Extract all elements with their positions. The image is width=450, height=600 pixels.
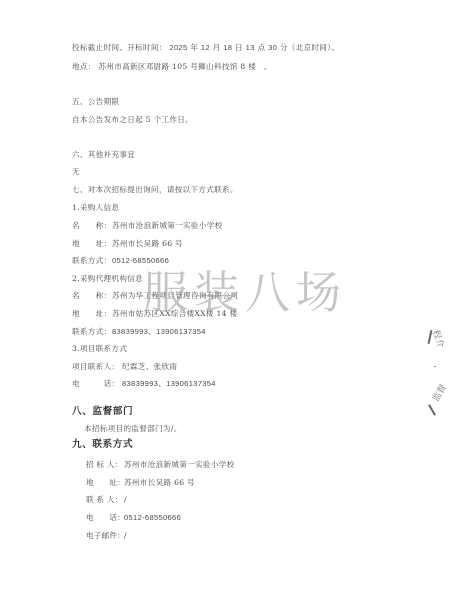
official-stamp-fragment: 程介 监督 — [428, 328, 446, 420]
bid-location-label: 地点： — [72, 62, 96, 71]
stamp-dot — [434, 366, 436, 367]
section5-title: 五、公告期限 — [72, 97, 119, 107]
purchaser-heading: 1.采购人信息 — [72, 203, 119, 213]
year-unit: 年 — [190, 43, 198, 52]
section9-phone-label: 电 话： — [86, 513, 124, 523]
purchaser-name-label: 名 称： — [72, 221, 112, 231]
bid-deadline-year: 2025 — [169, 43, 187, 52]
section9-contact-label: 联 系 人： — [86, 495, 124, 505]
project-phone-label: 电 话： — [72, 379, 122, 389]
section9-contact-value: / — [124, 495, 127, 504]
section9-phone-value: 0512-68550666 — [124, 513, 181, 522]
stamp-arc-top — [428, 330, 433, 344]
stamp-text-bottom: 监督 — [429, 381, 449, 403]
section6-body: 无 — [72, 167, 80, 177]
agency-heading: 2.采购代理机构信息 — [72, 274, 143, 284]
project-contact-person-value: 纪霖芝、张欣雨 — [122, 362, 177, 371]
agency-address-row: 地 址：苏州市姑苏区XX综合楼XX楼 14 楼 — [72, 309, 237, 319]
section9-email-value: / — [124, 531, 127, 540]
stamp-text-top: 程介 — [430, 328, 448, 349]
month-unit: 月 — [213, 43, 221, 52]
purchaser-name-row: 名 称：苏州市沧浪新城第一实验小学校 — [72, 221, 223, 231]
section8-body: 本招标项目的监督部门为/。 — [84, 424, 182, 434]
section9-email-label: 电子邮件： — [86, 531, 124, 541]
agency-name-value: 苏州为华工程项目管理咨询有限公司 — [112, 291, 238, 300]
minute-unit: 分（北京时间）。 — [280, 43, 339, 52]
purchaser-name-value: 苏州市沧浪新城第一实验小学校 — [112, 221, 223, 230]
section9-email-row: 电子邮件：/ — [86, 531, 127, 541]
bid-deadline-line: 投标截止时间、开标时间： 2025 年 12 月 18 日 13 点 30 分（… — [72, 43, 339, 53]
bid-deadline-month: 12 — [201, 43, 210, 52]
agency-name-row: 名 称：苏州为华工程项目管理咨询有限公司 — [72, 291, 238, 301]
section8-title: 八、监督部门 — [72, 407, 133, 417]
agency-address-label: 地 址： — [72, 309, 112, 319]
day-unit: 日 — [235, 43, 243, 52]
project-heading: 3.项目联系方式 — [72, 344, 127, 354]
bid-deadline-hour: 13 — [246, 43, 255, 52]
agency-address-value: 苏州市姑苏区XX综合楼XX楼 14 楼 — [112, 309, 237, 318]
project-contact-person-row: 项目联系人：纪霖芝、张欣雨 — [72, 362, 177, 372]
bid-location-value: 苏州市高新区邓尉路 105 号狮山科技馆 8 楼 。 — [98, 62, 271, 71]
stamp-arc-bottom — [428, 404, 436, 415]
project-phone-row: 电 话：83839993、13906137354 — [72, 379, 216, 389]
purchaser-address-value: 苏州市长吴路 66 号 — [112, 239, 183, 248]
section5-body: 自本公告发布之日起 5 个工作日。 — [72, 115, 193, 125]
agency-contact-row: 联系方式：83839993、13906137354 — [72, 327, 206, 337]
agency-contact-label: 联系方式： — [72, 327, 112, 337]
purchaser-address-label: 地 址： — [72, 239, 112, 249]
bid-deadline-minute: 30 — [268, 43, 277, 52]
tenderer-label: 招 标 人： — [86, 460, 124, 470]
agency-contact-value: 83839993、13906137354 — [112, 327, 206, 336]
section7-title: 七、对本次招标提出询问，请按以下方式联系。 — [72, 185, 238, 195]
bid-deadline-label: 投标截止时间、开标时间： — [72, 43, 167, 52]
purchaser-contact-row: 联系方式：0512-68550666 — [72, 256, 169, 266]
project-contact-person-label: 项目联系人： — [72, 362, 122, 372]
purchaser-address-row: 地 址：苏州市长吴路 66 号 — [72, 239, 183, 249]
section9-address-row: 地 址：苏州市长吴路 66 号 — [86, 478, 195, 488]
purchaser-contact-value: 0512-68550666 — [112, 256, 169, 265]
tenderer-row: 招 标 人：苏州市沧浪新城第一实验小学校 — [86, 460, 235, 470]
section9-contact-row: 联 系 人：/ — [86, 495, 127, 505]
section9-address-value: 苏州市长吴路 66 号 — [124, 478, 195, 487]
section6-title: 六、其他补充事宜 — [72, 150, 135, 160]
bid-location-line: 地点： 苏州市高新区邓尉路 105 号狮山科技馆 8 楼 。 — [72, 62, 272, 72]
section9-phone-row: 电 话：0512-68550666 — [86, 513, 181, 523]
tenderer-value: 苏州市沧浪新城第一实验小学校 — [124, 460, 235, 469]
hour-unit: 点 — [257, 43, 265, 52]
section9-address-label: 地 址： — [86, 478, 124, 488]
section9-title: 九、联系方式 — [72, 440, 133, 450]
purchaser-contact-label: 联系方式： — [72, 256, 112, 266]
bid-deadline-day: 18 — [223, 43, 232, 52]
agency-name-label: 名 称： — [72, 291, 112, 301]
project-phone-value: 83839993、13906137354 — [122, 379, 216, 388]
